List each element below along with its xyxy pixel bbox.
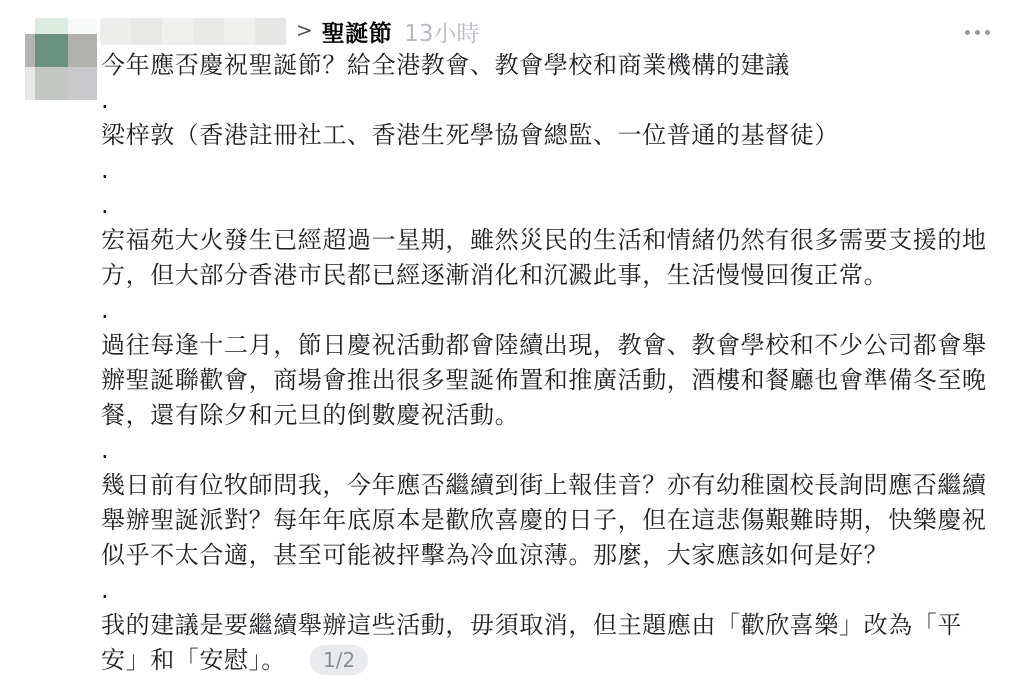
post-text-line: 我的建議是要繼續舉辦這些活動，毋須取消，但主題應由「歡欣喜樂」改為「平: [101, 608, 1001, 643]
group-name-link[interactable]: 聖誕節: [322, 15, 393, 48]
name-blur-segment: [224, 18, 255, 45]
name-blur-segment: [100, 18, 131, 45]
avatar-pixel: [35, 18, 68, 34]
post-text-line: .: [101, 573, 1001, 608]
avatar-pixel: [35, 34, 68, 67]
name-blur-segment: [162, 18, 193, 45]
post-text-line: 今年應否慶祝聖誕節？給全港教會、教會學校和商業機構的建議: [101, 48, 1001, 83]
avatar-pixel: [35, 67, 68, 100]
avatar-pixel: [68, 34, 97, 67]
post-text-line: 餐，還有除夕和元旦的倒數慶祝活動。: [101, 398, 1001, 433]
post-text-line: 過往每逢十二月，節日慶祝活動都會陸續出現，教會、教會學校和不少公司都會舉: [101, 328, 1001, 363]
post-text-line: 宏福苑大火發生已經超過一星期，雖然災民的生活和情緒仍然有很多需要支援的地: [101, 223, 1001, 258]
post-text-last: 安」和「安慰」。: [101, 646, 286, 674]
post-options-button[interactable]: [960, 22, 994, 42]
avatar-pixel: [68, 67, 97, 100]
page-indicator-badge: 1/2: [310, 645, 368, 675]
name-blur-segment: [255, 18, 286, 45]
name-blur-segment: [193, 18, 224, 45]
avatar-pixel: [25, 67, 35, 100]
ellipsis-icon: [965, 30, 990, 35]
post-text-line: 舉辦聖誕派對？每年年底原本是歡欣喜慶的日子，但在這悲傷艱難時期，快樂慶祝: [101, 503, 1001, 538]
post-timestamp[interactable]: 13小時: [404, 15, 479, 48]
post-text-line: 辦聖誕聯歡會，商場會推出很多聖誕佈置和推廣活動，酒樓和餐廳也會準備冬至晚: [101, 363, 1001, 398]
post-text-line: 梁梓敦（香港註冊社工、香港生死學協會總監、一位普通的基督徒）: [101, 118, 1001, 153]
avatar[interactable]: [25, 10, 97, 100]
post-text-line: 方，但大部分香港市民都已經逐漸消化和沉澱此事，生活慢慢回復正常。: [101, 258, 1001, 293]
author-name-redacted[interactable]: [100, 18, 286, 45]
name-blur-segment: [131, 18, 162, 45]
post-text-line: 安」和「安慰」。 1/2: [101, 643, 1001, 678]
post-text-line: 似乎不太合適，甚至可能被抨擊為冷血涼薄。那麼，大家應該如何是好？: [101, 538, 1001, 573]
post-card: > 聖誕節 13小時 今年應否慶祝聖誕節？給全港教會、教會學校和商業機構的建議.…: [0, 0, 1024, 690]
post-text-line: .: [101, 188, 1001, 223]
chevron-right-icon: >: [296, 18, 313, 42]
post-body: 今年應否慶祝聖誕節？給全港教會、教會學校和商業機構的建議.梁梓敦（香港註冊社工、…: [101, 48, 1001, 678]
post-header: > 聖誕節 13小時: [100, 14, 480, 48]
avatar-pixel: [68, 18, 97, 34]
post-text-line: .: [101, 83, 1001, 118]
post-body-lines: 今年應否慶祝聖誕節？給全港教會、教會學校和商業機構的建議.梁梓敦（香港註冊社工、…: [101, 48, 1001, 643]
post-text-line: .: [101, 433, 1001, 468]
post-text-line: .: [101, 153, 1001, 188]
avatar-pixel: [25, 34, 35, 67]
post-text-line: .: [101, 293, 1001, 328]
post-text-line: 幾日前有位牧師問我，今年應否繼續到街上報佳音？亦有幼稚園校長詢問應否繼續: [101, 468, 1001, 503]
